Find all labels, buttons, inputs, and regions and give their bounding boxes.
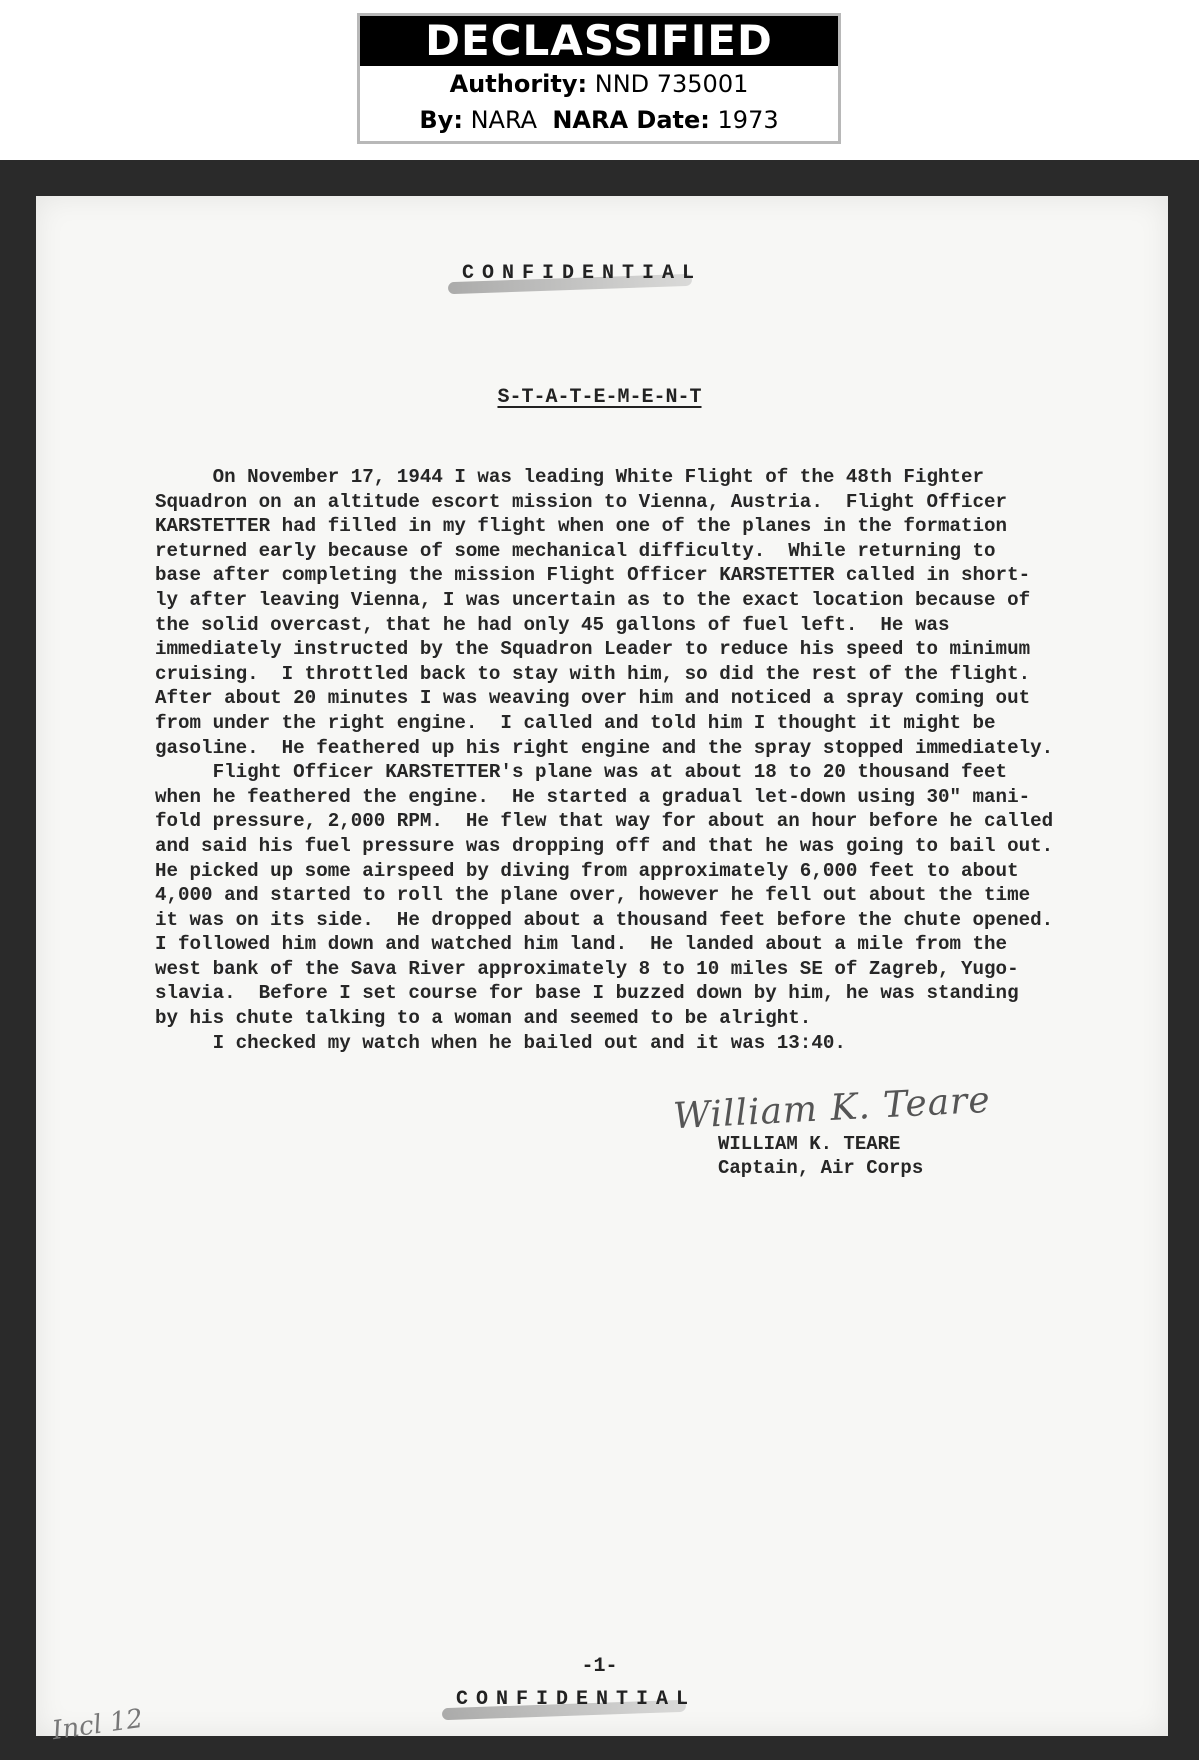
body-line: from under the right engine. I called an… [155, 711, 1085, 736]
body-line: KARSTETTER had filled in my flight when … [155, 514, 1085, 539]
body-line: ly after leaving Vienna, I was uncertain… [155, 588, 1085, 613]
body-line: immediately instructed by the Squadron L… [155, 637, 1085, 662]
body-line: and said his fuel pressure was dropping … [155, 834, 1085, 859]
date-value: 1973 [718, 106, 779, 134]
classification-marking-top: CONFIDENTIAL [462, 262, 702, 285]
body-line: base after completing the mission Flight… [155, 563, 1085, 588]
body-line: when he feathered the engine. He started… [155, 785, 1085, 810]
date-label: NARA Date: [552, 106, 710, 134]
body-line: fold pressure, 2,000 RPM. He flew that w… [155, 809, 1085, 834]
signer-title: Captain, Air Corps [718, 1156, 923, 1180]
body-line: Flight Officer KARSTETTER's plane was at… [155, 760, 1085, 785]
stamp-header: DECLASSIFIED [360, 16, 838, 66]
document-title: S-T-A-T-E-M-E-N-T [0, 386, 1199, 409]
body-line: cruising. I throttled back to stay with … [155, 662, 1085, 687]
body-line: I checked my watch when he bailed out an… [155, 1031, 1085, 1056]
classification-marking-bottom: CONFIDENTIAL [456, 1688, 696, 1711]
body-line: 4,000 and started to roll the plane over… [155, 883, 1085, 908]
body-line: He picked up some airspeed by diving fro… [155, 859, 1085, 884]
body-line: Squadron on an altitude escort mission t… [155, 490, 1085, 515]
body-line: the solid overcast, that he had only 45 … [155, 613, 1085, 638]
signer-name: WILLIAM K. TEARE [718, 1132, 923, 1156]
body-line: returned early because of some mechanica… [155, 539, 1085, 564]
body-line: west bank of the Sava River approximatel… [155, 957, 1085, 982]
statement-body: On November 17, 1944 I was leading White… [155, 465, 1085, 1055]
body-line: it was on its side. He dropped about a t… [155, 908, 1085, 933]
signature-block: WILLIAM K. TEARE Captain, Air Corps [718, 1132, 923, 1180]
body-line: I followed him down and watched him land… [155, 932, 1085, 957]
declassified-stamp: DECLASSIFIED Authority: NND 735001 By: N… [357, 13, 841, 144]
page-number: -1- [0, 1655, 1199, 1678]
authority-value: NND 735001 [595, 70, 749, 98]
by-value: NARA [471, 106, 538, 134]
by-label: By: [419, 106, 463, 134]
body-line: gasoline. He feathered up his right engi… [155, 736, 1085, 761]
body-line: slavia. Before I set course for base I b… [155, 981, 1085, 1006]
body-line: by his chute talking to a woman and seem… [155, 1006, 1085, 1031]
classification-text-top: CONFIDENTIAL [462, 262, 702, 285]
stamp-by-line: By: NARA NARA Date: 1973 [360, 102, 838, 138]
authority-label: Authority: [450, 70, 587, 98]
body-line: After about 20 minutes I was weaving ove… [155, 686, 1085, 711]
classification-text-bottom: CONFIDENTIAL [456, 1688, 696, 1711]
body-line: On November 17, 1944 I was leading White… [155, 465, 1085, 490]
stamp-authority-line: Authority: NND 735001 [360, 66, 838, 102]
